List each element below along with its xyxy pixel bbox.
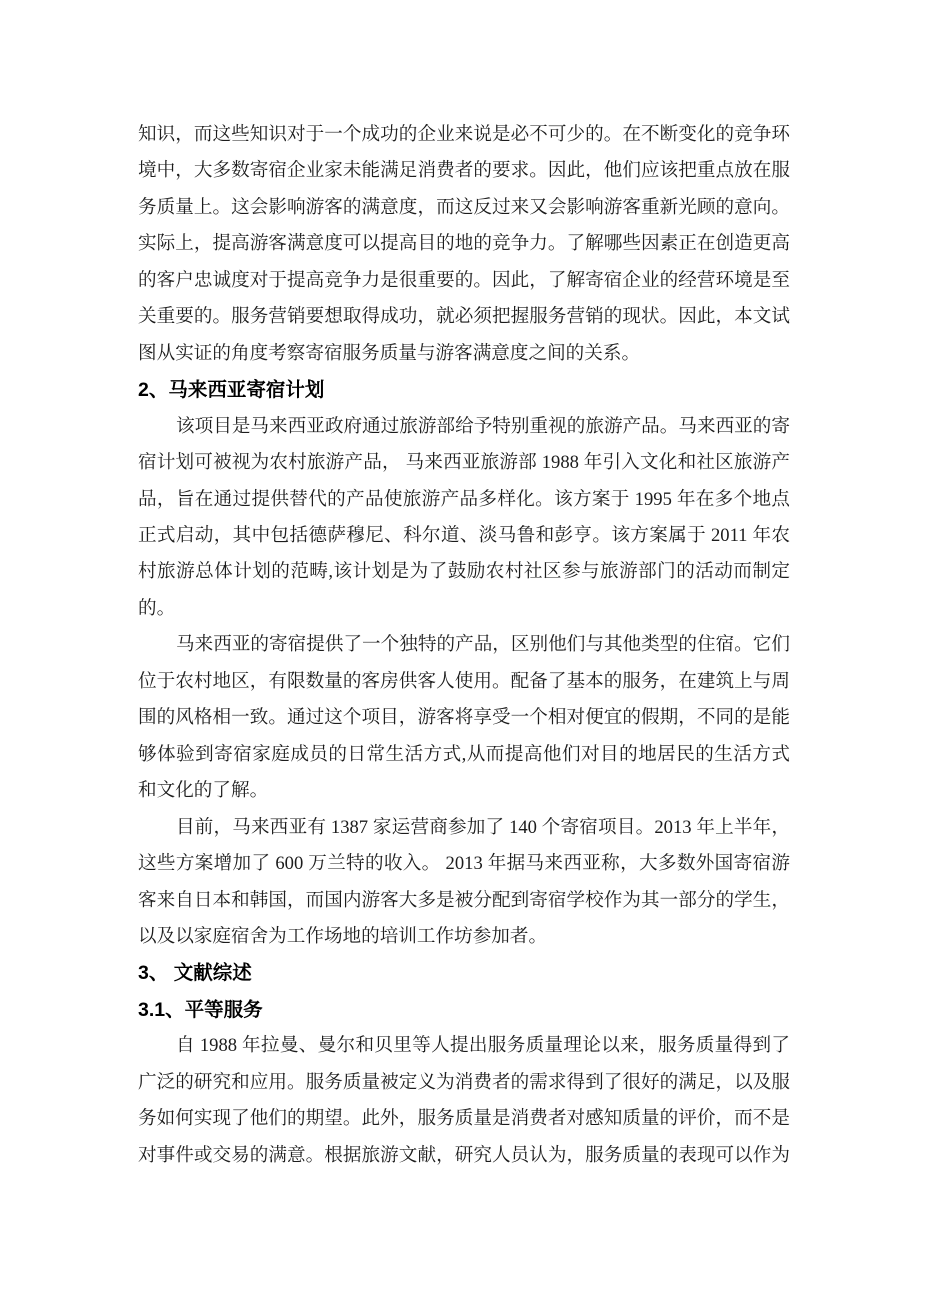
text-line: 和文化的了解。: [138, 773, 790, 809]
paragraph-homestay-statistics: 目前，马来西亚有 1387 家运营商参加了 140 个寄宿项目。2013 年上半…: [138, 810, 790, 956]
paragraph-intro-continuation: 知识，而这些知识对于一个成功的企业来说是必不可少的。在不断变化的竞争环境中，大多…: [138, 117, 790, 372]
text-line: 的。: [138, 591, 790, 627]
heading-section-3-1-equal-service: 3.1、平等服务: [138, 992, 790, 1028]
text-line: 马来西亚的寄宿提供了一个独特的产品，区别他们与其他类型的住宿。它们: [138, 627, 790, 663]
text-line: 知识，而这些知识对于一个成功的企业来说是必不可少的。在不断变化的竞争环: [138, 117, 790, 153]
heading-section-3-literature-review: 3、 文献综述: [138, 955, 790, 991]
text-line: 品，旨在通过提供替代的产品使旅游产品多样化。该方案于 1995 年在多个地点: [138, 482, 790, 518]
text-line: 宿计划可被视为农村旅游产品， 马来西亚旅游部 1988 年引入文化和社区旅游产: [138, 445, 790, 481]
text-line: 务如何实现了他们的期望。此外，服务质量是消费者对感知质量的评价，而不是: [138, 1101, 790, 1137]
text-line: 正式启动，其中包括德萨穆尼、科尔道、淡马鲁和彭亨。该方案属于 2011 年农: [138, 518, 790, 554]
text-line: 村旅游总体计划的范畴,该计划是为了鼓励农村社区参与旅游部门的活动而制定: [138, 554, 790, 590]
text-line: 以及以家庭宿舍为工作场地的培训工作坊参加者。: [138, 919, 790, 955]
text-line: 对事件或交易的满意。根据旅游文献，研究人员认为，服务质量的表现可以作为: [138, 1138, 790, 1174]
text-line: 图从实证的角度考察寄宿服务质量与游客满意度之间的关系。: [138, 336, 790, 372]
document-page: 知识，而这些知识对于一个成功的企业来说是必不可少的。在不断变化的竞争环境中，大多…: [0, 0, 926, 1309]
paragraph-homestay-program-origin: 该项目是马来西亚政府通过旅游部给予特别重视的旅游产品。马来西亚的寄宿计划可被视为…: [138, 409, 790, 628]
text-line: 关重要的。服务营销要想取得成功，就必须把握服务营销的现状。因此，本文试: [138, 299, 790, 335]
text-line: 务质量上。这会影响游客的满意度，而这反过来又会影响游客重新光顾的意向。: [138, 190, 790, 226]
text-line: 广泛的研究和应用。服务质量被定义为消费者的需求得到了很好的满足，以及服: [138, 1065, 790, 1101]
text-line: 位于农村地区，有限数量的客房供客人使用。配备了基本的服务，在建筑上与周: [138, 664, 790, 700]
text-line: 够体验到寄宿家庭成员的日常生活方式,从而提高他们对目的地居民的生活方式: [138, 737, 790, 773]
text-line: 境中，大多数寄宿企业家未能满足消费者的要求。因此，他们应该把重点放在服: [138, 153, 790, 189]
text-line: 自 1988 年拉曼、曼尔和贝里等人提出服务质量理论以来，服务质量得到了: [138, 1028, 790, 1064]
text-line: 该项目是马来西亚政府通过旅游部给予特别重视的旅游产品。马来西亚的寄: [138, 409, 790, 445]
paragraph-service-quality-theory: 自 1988 年拉曼、曼尔和贝里等人提出服务质量理论以来，服务质量得到了广泛的研…: [138, 1028, 790, 1174]
document-content: 知识，而这些知识对于一个成功的企业来说是必不可少的。在不断变化的竞争环境中，大多…: [138, 117, 790, 1174]
text-line: 实际上，提高游客满意度可以提高目的地的竞争力。了解哪些因素正在创造更高: [138, 226, 790, 262]
text-line: 这些方案增加了 600 万兰特的收入。 2013 年据马来西亚称，大多数外国寄宿…: [138, 846, 790, 882]
heading-section-2-malaysia-homestay-plan: 2、马来西亚寄宿计划: [138, 372, 790, 408]
text-line: 目前，马来西亚有 1387 家运营商参加了 140 个寄宿项目。2013 年上半…: [138, 810, 790, 846]
text-line: 围的风格相一致。通过这个项目，游客将享受一个相对便宜的假期，不同的是能: [138, 700, 790, 736]
text-line: 的客户忠诚度对于提高竞争力是很重要的。因此，了解寄宿企业的经营环境是至: [138, 263, 790, 299]
text-line: 客来自日本和韩国，而国内游客大多是被分配到寄宿学校作为其一部分的学生，: [138, 883, 790, 919]
paragraph-homestay-unique-product: 马来西亚的寄宿提供了一个独特的产品，区别他们与其他类型的住宿。它们位于农村地区，…: [138, 627, 790, 809]
